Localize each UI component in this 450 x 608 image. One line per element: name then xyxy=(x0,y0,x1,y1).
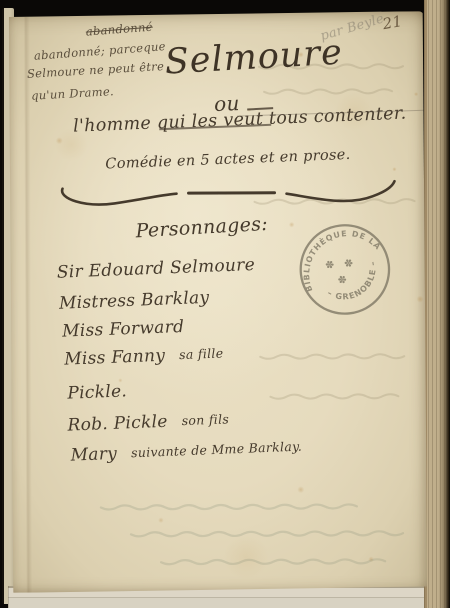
divider-flourish xyxy=(56,179,396,216)
manuscript-page: 21 par Beyle abandonné abandonné; parceq… xyxy=(9,11,428,593)
character-role xyxy=(269,256,270,271)
character-role xyxy=(198,318,199,333)
cast-entry: Miss Fannysa fille xyxy=(64,343,224,369)
stamp-rosette-icon: ✽ xyxy=(323,257,337,272)
character-name: Miss Forward xyxy=(62,317,185,342)
cast-heading: Personnages: xyxy=(135,213,268,242)
character-role xyxy=(141,383,142,398)
character-name: Mistress Barklay xyxy=(59,288,210,314)
cast-entry: Marysuivante de Mme Barklay. xyxy=(70,437,302,466)
stamp-rosette-icon: ✽ xyxy=(336,272,350,287)
cast-entry: Rob. Pickleson fils xyxy=(67,409,229,435)
cast-entry: Sir Edouard Selmoure xyxy=(56,254,269,282)
genre-line: Comédie en 5 actes et en prose. xyxy=(105,147,351,173)
character-name: Miss Fanny xyxy=(64,346,166,370)
library-stamp: BIBLIOTHÈQUE DE LA VILLE – GRENOBLE – ✽ … xyxy=(280,204,410,334)
cast-entry: Miss Forward xyxy=(62,316,199,341)
play-title: Selmoure xyxy=(133,31,375,85)
cast-entry: Mistress Barklay xyxy=(59,287,224,313)
character-name: Sir Edouard Selmoure xyxy=(56,255,255,283)
stamp-rosette-icon: ✽ xyxy=(342,256,356,271)
character-role: son fils xyxy=(181,411,229,428)
character-role: sa fille xyxy=(179,345,224,362)
character-role xyxy=(223,289,224,304)
margin-note-line-3: qu'un Drame. xyxy=(31,84,115,103)
character-name: Mary xyxy=(70,444,117,466)
character-role: suivante de Mme Barklay. xyxy=(131,439,302,461)
book-fore-edge xyxy=(424,0,450,608)
character-name: Pickle. xyxy=(67,381,127,403)
character-name: Rob. Pickle xyxy=(67,412,168,436)
margin-note-crossed-word: abandonné xyxy=(85,20,153,39)
cast-entry: Pickle. xyxy=(67,381,141,404)
